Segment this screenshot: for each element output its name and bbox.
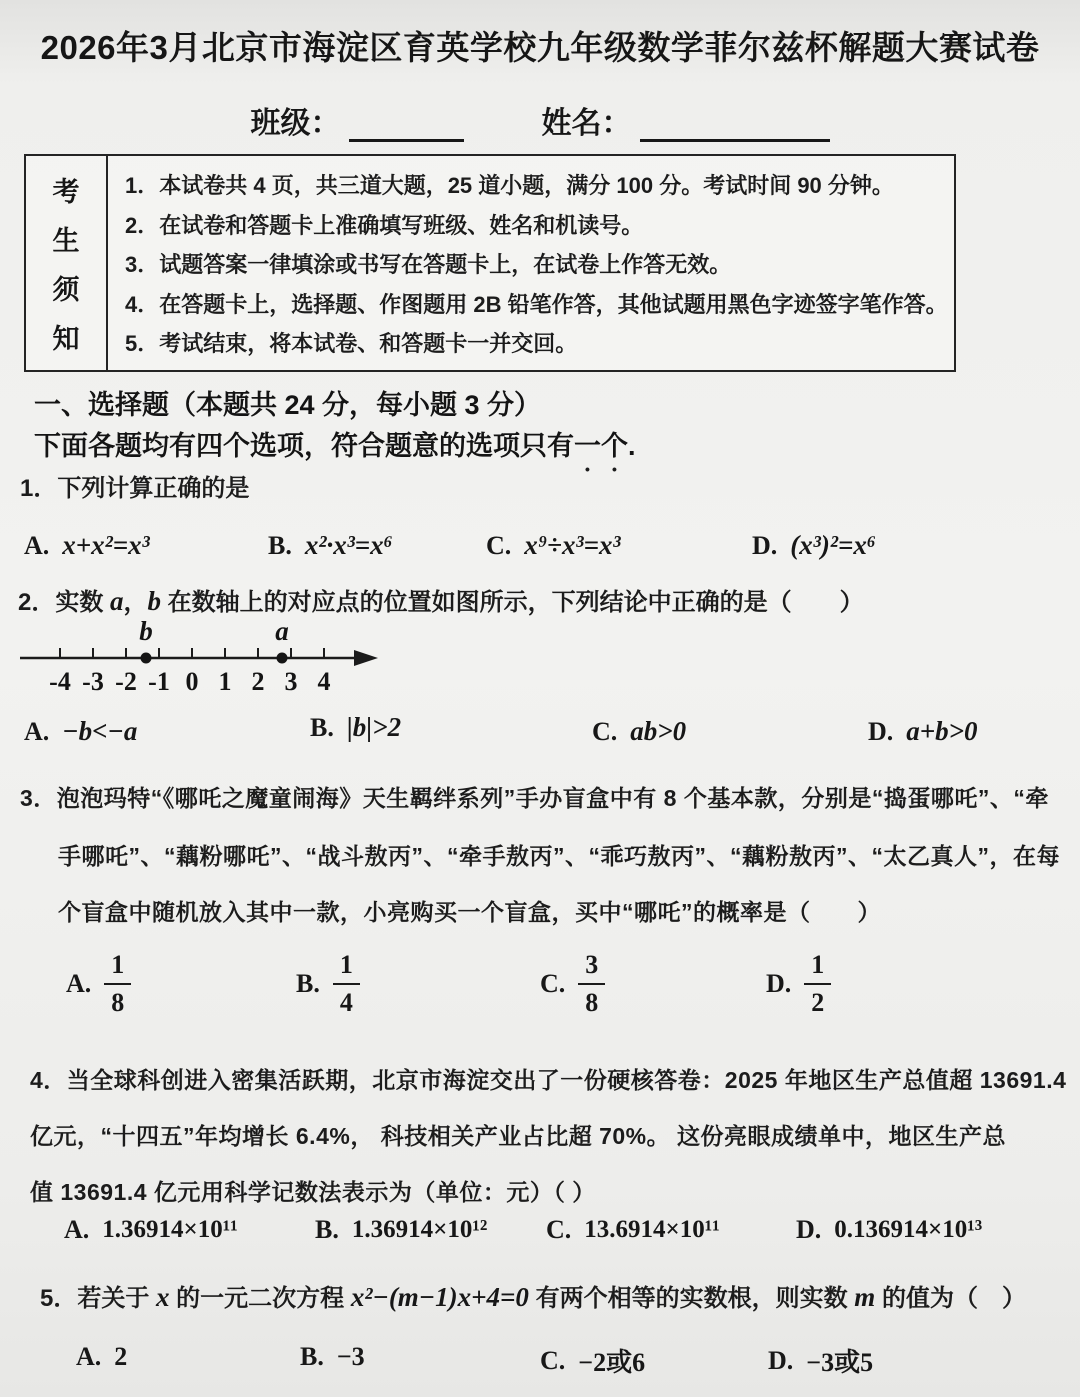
question-4-option-c: C.13.6914×10¹¹: [546, 1215, 720, 1245]
question-4-option-d: D.0.136914×10¹³: [796, 1215, 982, 1245]
fraction: 12: [804, 950, 831, 1018]
question-3-stem-line-1: 3．泡泡玛特“《哪吒之魔童闹海》天生羁绊系列”手办盲盒中有 8 个基本款，分别是…: [20, 780, 1049, 813]
svg-text:0: 0: [186, 667, 199, 696]
question-5-option-c: C.−2或6: [540, 1342, 645, 1379]
subheading-emphasis: 一个: [574, 431, 628, 461]
section-heading: 一、选择题（本题共 24 分，每小题 3 分）: [34, 383, 541, 422]
fraction: 18: [104, 950, 131, 1018]
svg-text:3: 3: [285, 667, 298, 696]
notice-side-char: 考: [53, 170, 80, 209]
question-3-option-b: B.14: [296, 950, 360, 1018]
class-label: 班级：: [251, 98, 341, 142]
question-1-option-d: D.(x³)²=x⁶: [752, 530, 876, 561]
notice-items: 1．本试卷共 4 页，共三道大题，25 道小题，满分 100 分。考试时间 90…: [108, 156, 954, 370]
question-1-option-b: B.x²·x³=x⁶: [268, 530, 393, 561]
question-3-option-c: C.38: [540, 950, 605, 1018]
question-2-option-d: D.a+b>0: [868, 716, 978, 747]
notice-item: 3．试题答案一律填涂或书写在答题卡上，在试卷上作答无效。: [125, 248, 948, 279]
fraction: 14: [333, 950, 360, 1018]
question-2-option-b: B.|b|>2: [310, 712, 401, 743]
question-2-option-a: A.−b<−a: [24, 716, 137, 747]
name-label: 姓名：: [542, 98, 632, 142]
notice-item: 4．在答题卡上，选择题、作图题用 2B 铅笔作答，其他试题用黑色字迹签字笔作答。: [125, 288, 948, 319]
svg-text:-1: -1: [148, 667, 170, 696]
question-4-stem-line-3: 值 13691.4 亿元用科学记数法表示为（单位：元）（ ）: [30, 1174, 596, 1207]
question-4-stem-line-2: 亿元，“十四五”年均增长 6.4%， 科技相关产业占比超 70%。 这份亮眼成绩…: [30, 1118, 1006, 1151]
svg-text:-4: -4: [49, 667, 71, 696]
exam-page: 2026年3月北京市海淀区育英学校九年级数学菲尔兹杯解题大赛试卷 班级： 姓名：…: [0, 0, 1080, 1397]
number-line-figure: b a -4 -3 -2 -1 0 1 2 3 4: [8, 614, 398, 706]
question-3-stem-line-3: 个盲盒中随机放入其中一款，小亮购买一个盲盒，买中“哪吒”的概率是（ ）: [58, 894, 881, 927]
notice-item: 5．考试结束，将本试卷、和答题卡一并交回。: [125, 327, 948, 358]
fraction: 38: [578, 950, 605, 1018]
question-4-option-a: A.1.36914×10¹¹: [64, 1215, 238, 1245]
question-5-option-d: D.−3或5: [768, 1342, 873, 1379]
svg-text:-2: -2: [115, 667, 137, 696]
subheading-period: .: [628, 431, 636, 461]
svg-text:-3: -3: [82, 667, 104, 696]
svg-text:4: 4: [318, 667, 331, 696]
number-line-arrowhead: [354, 650, 378, 666]
question-3-option-d: D.12: [766, 950, 831, 1018]
point-b-label: b: [139, 616, 153, 646]
question-5-stem: 5．若关于 x 的一元二次方程 x²−(m−1)x+4=0 有两个相等的实数根，…: [40, 1278, 1026, 1313]
notice-side-char: 须: [53, 268, 80, 307]
question-1-option-a: A.x+x²=x³: [24, 530, 150, 561]
point-b-dot: [141, 653, 152, 664]
number-line-tick-labels: -4 -3 -2 -1 0 1 2 3 4: [49, 667, 330, 696]
class-name-line: 班级： 姓名：: [0, 98, 1080, 142]
name-blank-field: [640, 107, 830, 142]
question-1-stem: 1．下列计算正确的是: [20, 468, 249, 503]
question-2-stem: 2．实数 a，b 在数轴上的对应点的位置如图所示，下列结论中正确的是（ ）: [18, 582, 864, 617]
svg-text:1: 1: [219, 667, 232, 696]
question-2-option-c: C.ab>0: [592, 716, 686, 747]
notice-side-char: 生: [53, 219, 80, 258]
question-3-stem-line-2: 手哪吒”、“藕粉哪吒”、“战斗敖丙”、“牵手敖丙”、“乖巧敖丙”、“藕粉敖丙”、…: [58, 838, 1060, 871]
subheading-text: 下面各题均有四个选项，符合题意的选项只有: [34, 431, 574, 461]
question-4-option-b: B.1.36914×10¹²: [315, 1215, 487, 1245]
question-4-stem-line-1: 4．当全球科创进入密集活跃期，北京市海淀交出了一份硬核答卷：2025 年地区生产…: [30, 1062, 1066, 1095]
point-a-label: a: [275, 616, 289, 646]
notice-side-char: 知: [53, 317, 80, 356]
notice-item: 1．本试卷共 4 页，共三道大题，25 道小题，满分 100 分。考试时间 90…: [125, 169, 948, 200]
class-blank-field: [349, 107, 464, 142]
point-a-dot: [277, 653, 288, 664]
notice-box: 考 生 须 知 1．本试卷共 4 页，共三道大题，25 道小题，满分 100 分…: [24, 154, 956, 372]
question-5-option-b: B.−3: [300, 1342, 365, 1372]
question-1-option-c: C.x⁹÷x³=x³: [486, 530, 621, 561]
question-5-option-a: A.2: [76, 1342, 127, 1372]
svg-text:2: 2: [252, 667, 265, 696]
notice-side-label: 考 生 须 知: [26, 156, 108, 370]
question-3-option-a: A.18: [66, 950, 131, 1018]
page-title: 2026年3月北京市海淀区育英学校九年级数学菲尔兹杯解题大赛试卷: [0, 22, 1080, 69]
notice-item: 2．在试卷和答题卡上准确填写班级、姓名和机读号。: [125, 209, 948, 240]
